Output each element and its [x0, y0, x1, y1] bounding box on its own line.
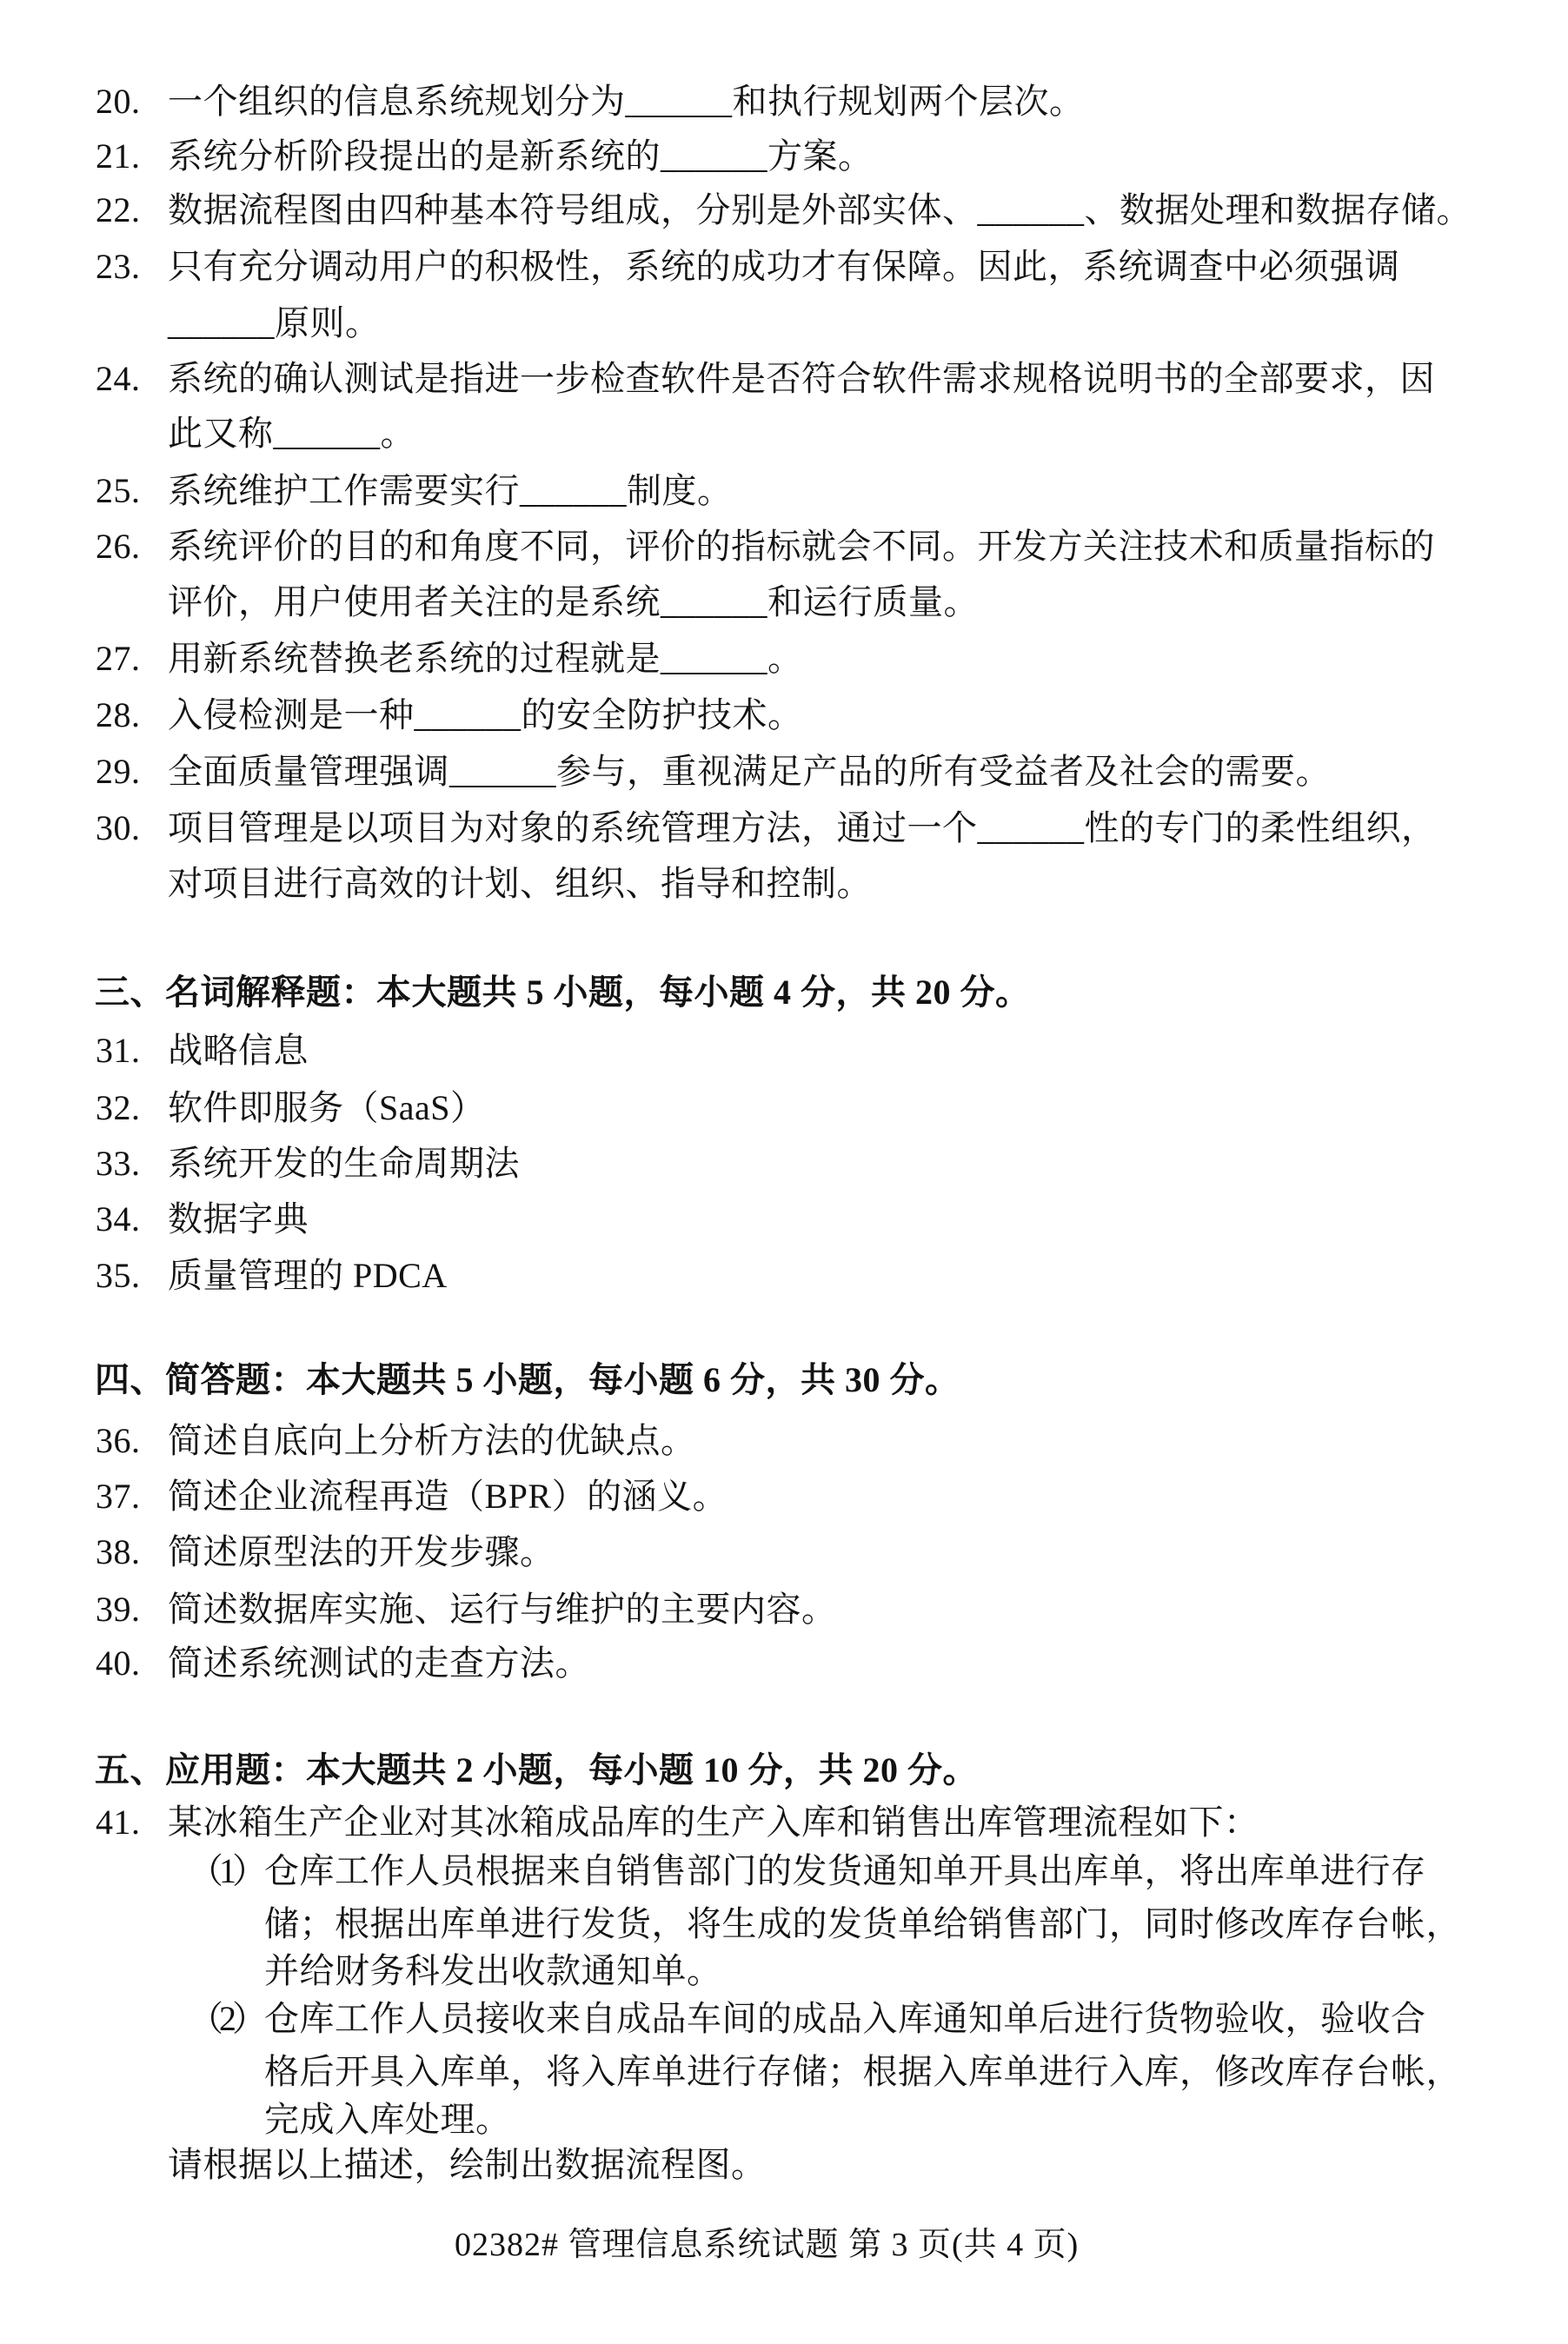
question-36-text: 简述自底向上分析方法的优缺点。 [168, 1421, 696, 1460]
question-26: 26.系统评价的目的和角度不同，评价的指标就会不同。开发方关注技术和质量指标的 [96, 528, 1435, 565]
question-39-number: 39. [96, 1590, 168, 1628]
q41-sub-2-line-3: 完成入库处理。 [264, 2101, 511, 2138]
question-37-text: 简述企业流程再造（BPR）的涵义。 [168, 1477, 728, 1516]
question-34-number: 34. [96, 1200, 168, 1238]
question-31-number: 31. [96, 1032, 168, 1069]
section-4-header: 四、简答题：本大题共 5 小题，每小题 6 分，共 30 分。 [95, 1361, 960, 1398]
question-25: 25.系统维护工作需要实行______制度。 [96, 472, 733, 509]
exam-page: 20.一个组织的信息系统规划分为______和执行规划两个层次。 21.系统分析… [0, 0, 1568, 2344]
section-3-header: 三、名词解释题：本大题共 5 小题，每小题 4 分，共 20 分。 [95, 973, 1031, 1011]
question-35: 35.质量管理的 PDCA [96, 1257, 448, 1294]
exam-footer-text: 02382# 管理信息系统试题 第 3 页(共 4 页) [455, 2227, 1079, 2263]
question-23-line-2: ______原则。 [168, 304, 381, 342]
exam-footer: 02382# 管理信息系统试题 第 3 页(共 4 页) [455, 2228, 1079, 2263]
question-35-text: 质量管理的 PDCA [168, 1256, 448, 1295]
section-5-title: 五、应用题：本大题共 2 小题，每小题 10 分，共 20 分。 [95, 1750, 978, 1790]
question-29-text: 全面质量管理强调______参与，重视满足产品的所有受益者及社会的需要。 [168, 752, 1331, 791]
q41-sub-2-text-3: 完成入库处理。 [264, 2100, 511, 2139]
question-24-line-2: 此又称______。 [168, 415, 415, 452]
question-29: 29.全面质量管理强调______参与，重视满足产品的所有受益者及社会的需要。 [96, 753, 1331, 790]
question-22-number: 22. [96, 191, 168, 229]
question-39: 39.简述数据库实施、运行与维护的主要内容。 [96, 1590, 837, 1628]
question-31-text: 战略信息 [168, 1031, 309, 1070]
question-38: 38.简述原型法的开发步骤。 [96, 1533, 555, 1570]
question-24-text-2: 此又称______。 [168, 414, 415, 453]
question-27-number: 27. [96, 640, 168, 677]
question-26-text-2: 评价，用户使用者关注的是系统______和运行质量。 [168, 582, 979, 621]
question-25-number: 25. [96, 472, 168, 509]
question-24-number: 24. [96, 360, 168, 397]
question-27: 27.用新系统替换老系统的过程就是______。 [96, 640, 803, 677]
question-24-text: 系统的确认测试是指进一步检查软件是否符合软件需求规格说明书的全部要求，因 [168, 359, 1435, 398]
section-5-header: 五、应用题：本大题共 2 小题，每小题 10 分，共 20 分。 [95, 1751, 978, 1789]
question-32-text: 软件即服务（SaaS） [168, 1088, 486, 1127]
question-33-text: 系统开发的生命周期法 [168, 1144, 520, 1183]
q41-closing-text: 请根据以上描述，绘制出数据流程图。 [168, 2145, 767, 2184]
q41-sub-1-line-2: 储；根据出库单进行发货，将生成的发货单给销售部门，同时修改库存台帐， [264, 1905, 1461, 1942]
q41-sub-1-text-2: 储；根据出库单进行发货，将生成的发货单给销售部门，同时修改库存台帐， [264, 1904, 1461, 1943]
question-20-number: 20. [96, 83, 168, 120]
section-3-title: 三、名词解释题：本大题共 5 小题，每小题 4 分，共 20 分。 [95, 973, 1031, 1012]
question-26-number: 26. [96, 528, 168, 565]
question-21: 21.系统分析阶段提出的是新系统的______方案。 [96, 137, 874, 175]
question-28: 28.入侵检测是一种______的安全防护技术。 [96, 696, 803, 734]
question-41-text: 某冰箱生产企业对其冰箱成品库的生产入库和销售出库管理流程如下： [168, 1803, 1259, 1842]
question-37: 37.简述企业流程再造（BPR）的涵义。 [96, 1477, 728, 1515]
question-22-text: 数据流程图由四种基本符号组成，分别是外部实体、______、数据处理和数据存储。 [168, 190, 1472, 229]
question-32-number: 32. [96, 1089, 168, 1126]
question-40: 40.简述系统测试的走查方法。 [96, 1644, 590, 1682]
q41-sub-1-text: 仓库工作人员根据来自销售部门的发货通知单开具出库单，将出库单进行存 [264, 1851, 1426, 1890]
q41-sub-1-line-3: 并给财务科发出收款通知单。 [264, 1952, 722, 1989]
question-33: 33.系统开发的生命周期法 [96, 1145, 520, 1182]
question-27-text: 用新系统替换老系统的过程就是______。 [168, 639, 803, 678]
question-35-number: 35. [96, 1257, 168, 1294]
question-30-number: 30. [96, 809, 168, 847]
question-22: 22.数据流程图由四种基本符号组成，分别是外部实体、______、数据处理和数据… [96, 191, 1472, 229]
q41-sub-1-number: （1） [189, 1852, 264, 1889]
question-39-text: 简述数据库实施、运行与维护的主要内容。 [168, 1590, 837, 1629]
question-20: 20.一个组织的信息系统规划分为______和执行规划两个层次。 [96, 83, 1085, 120]
question-30-line-2: 对项目进行高效的计划、组织、指导和控制。 [168, 865, 872, 902]
q41-sub-1-text-3: 并给财务科发出收款通知单。 [264, 1951, 722, 1990]
question-38-text: 简述原型法的开发步骤。 [168, 1532, 555, 1571]
question-41: 41.某冰箱生产企业对其冰箱成品库的生产入库和销售出库管理流程如下： [96, 1803, 1259, 1841]
question-23-text-2: ______原则。 [168, 303, 381, 342]
question-28-number: 28. [96, 696, 168, 734]
question-23-number: 23. [96, 248, 168, 285]
question-23-text: 只有充分调动用户的积极性，系统的成功才有保障。因此，系统调查中必须强调 [168, 247, 1400, 286]
question-40-number: 40. [96, 1644, 168, 1682]
question-26-line-2: 评价，用户使用者关注的是系统______和运行质量。 [168, 583, 979, 621]
question-31: 31.战略信息 [96, 1032, 309, 1069]
question-29-number: 29. [96, 753, 168, 790]
q41-sub-1: （1）仓库工作人员根据来自销售部门的发货通知单开具出库单，将出库单进行存 [189, 1852, 1426, 1889]
section-4-title: 四、简答题：本大题共 5 小题，每小题 6 分，共 30 分。 [95, 1360, 960, 1399]
q41-sub-2-line-2: 格后开具入库单，将入库单进行存储；根据入库单进行入库，修改库存台帐， [264, 2053, 1461, 2090]
q41-sub-2-text-2: 格后开具入库单，将入库单进行存储；根据入库单进行入库，修改库存台帐， [264, 2052, 1461, 2091]
question-26-text: 系统评价的目的和角度不同，评价的指标就会不同。开发方关注技术和质量指标的 [168, 527, 1435, 566]
question-36: 36.简述自底向上分析方法的优缺点。 [96, 1422, 696, 1459]
question-25-text: 系统维护工作需要实行______制度。 [168, 471, 733, 510]
question-38-number: 38. [96, 1533, 168, 1570]
question-23: 23.只有充分调动用户的积极性，系统的成功才有保障。因此，系统调查中必须强调 [96, 248, 1400, 285]
question-21-text: 系统分析阶段提出的是新系统的______方案。 [168, 136, 874, 176]
question-37-number: 37. [96, 1477, 168, 1515]
question-30-text: 项目管理是以项目为对象的系统管理方法，通过一个______性的专门的柔性组织， [168, 808, 1437, 847]
question-41-number: 41. [96, 1803, 168, 1841]
question-33-number: 33. [96, 1145, 168, 1182]
question-34-text: 数据字典 [168, 1199, 309, 1238]
q41-sub-2-number: （2） [189, 2000, 264, 2037]
question-30-text-2: 对项目进行高效的计划、组织、指导和控制。 [168, 864, 872, 903]
q41-sub-2-text: 仓库工作人员接收来自成品车间的成品入库通知单后进行货物验收，验收合 [264, 1999, 1426, 2038]
question-40-text: 简述系统测试的走查方法。 [168, 1643, 590, 1683]
question-28-text: 入侵检测是一种______的安全防护技术。 [168, 695, 803, 734]
q41-sub-2: （2）仓库工作人员接收来自成品车间的成品入库通知单后进行货物验收，验收合 [189, 2000, 1426, 2037]
question-36-number: 36. [96, 1422, 168, 1459]
q41-closing-line: 请根据以上描述，绘制出数据流程图。 [168, 2146, 767, 2183]
question-24: 24.系统的确认测试是指进一步检查软件是否符合软件需求规格说明书的全部要求，因 [96, 360, 1435, 397]
question-20-text: 一个组织的信息系统规划分为______和执行规划两个层次。 [168, 82, 1085, 121]
question-21-number: 21. [96, 137, 168, 175]
question-30: 30.项目管理是以项目为对象的系统管理方法，通过一个______性的专门的柔性组… [96, 809, 1437, 847]
question-32: 32.软件即服务（SaaS） [96, 1089, 486, 1126]
question-34: 34.数据字典 [96, 1200, 309, 1238]
